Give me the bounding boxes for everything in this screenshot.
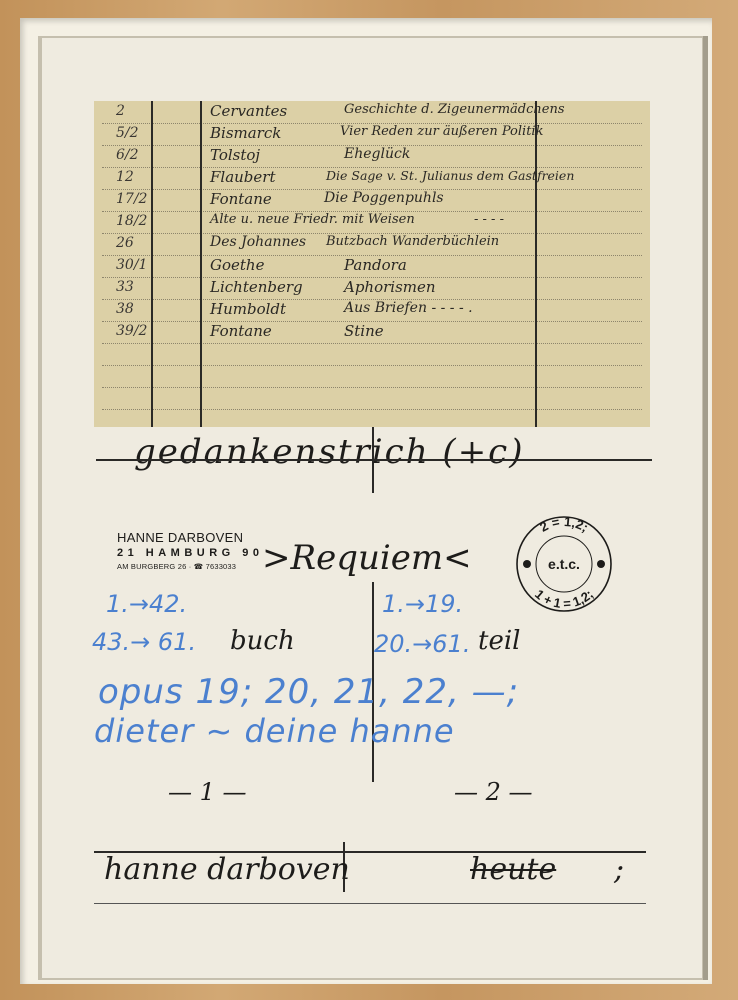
row-title: Butzbach Wanderbüchlein — [326, 234, 499, 249]
row-number: 38 — [116, 301, 134, 317]
teil-word: teil — [478, 626, 520, 656]
row-author: Lichtenberg — [210, 278, 303, 296]
svg-text:1 + 1 = 1,2;: 1 + 1 = 1,2; — [532, 586, 596, 611]
row-author: Fontane — [210, 190, 272, 208]
requiem-title: >Requiem< — [262, 538, 472, 578]
row-number: 39/2 — [116, 323, 147, 339]
letterhead-name: HANNE DARBOVEN — [117, 530, 264, 545]
row-title: Aphorismen — [344, 278, 436, 296]
svg-text:e.t.c.: e.t.c. — [548, 556, 580, 572]
range-20-61: 20.→61. — [374, 630, 470, 658]
card-rule — [102, 343, 642, 344]
row-author: Bismarck — [210, 124, 281, 142]
row-title: Pandora — [344, 256, 407, 274]
row-number: 2 — [116, 103, 125, 119]
row-number: 30/1 — [116, 257, 147, 273]
buch-word: buch — [230, 626, 295, 656]
gedankenstrich-text: gedankenstrich (+c) — [134, 432, 524, 472]
page-marker-1: — 1 — — [168, 778, 247, 806]
strikethrough-rule — [96, 459, 652, 461]
index-card: 2 5/2 6/2 12 17/2 18/2 26 30/1 33 38 39/… — [94, 101, 650, 427]
signature-bottom-rule — [94, 903, 646, 904]
row-author: Des Johannes — [210, 234, 306, 250]
range-1-19: 1.→19. — [382, 590, 463, 618]
letterhead-address: AM BURGBERG 26 · ☎ 7633033 — [117, 562, 264, 571]
row-number: 12 — [116, 169, 134, 185]
row-title: Vier Reden zur äußeren Politik — [340, 124, 543, 139]
row-author: Tolstoj — [210, 146, 260, 164]
card-rule — [102, 387, 642, 388]
letterhead-city: 21 HAMBURG 90 — [117, 547, 264, 559]
signature-text: hanne darboven — [104, 852, 350, 887]
paper-edge-shadow — [703, 36, 708, 980]
card-column-rule — [151, 101, 153, 427]
row-author: Humboldt — [210, 300, 286, 318]
row-author: Goethe — [210, 256, 264, 274]
dedication-line: dieter ~ deine hanne — [94, 712, 455, 750]
signature-semicolon: ; — [614, 852, 624, 887]
opus-line: opus 19; 20, 21, 22, —; — [98, 672, 519, 712]
row-author: Fontane — [210, 322, 272, 340]
row-title: Die Sage v. St. Julianus dem Gastfreien — [326, 168, 574, 183]
row-number: 18/2 — [116, 213, 147, 229]
row-title: Geschichte d. Zigeunermädchens — [344, 102, 565, 117]
struck-word-heute: heute — [470, 852, 556, 887]
row-number: 5/2 — [116, 125, 139, 141]
row-title: Die Poggenpuhls — [324, 190, 444, 206]
card-column-rule — [535, 101, 537, 427]
row-title: Eheglück — [344, 146, 410, 162]
row-number: 6/2 — [116, 147, 139, 163]
card-rule — [102, 365, 642, 366]
row-title: - - - - — [474, 212, 504, 227]
card-rule — [102, 409, 642, 410]
range-43-61: 43.→ 61. — [92, 628, 196, 656]
row-author: Alte u. neue Friedr. mit Weisen — [210, 212, 415, 227]
card-column-rule — [200, 101, 202, 427]
row-author: Cervantes — [210, 102, 287, 120]
row-number: 33 — [116, 279, 134, 295]
etc-stamp: 2 = 1,2; e.t.c. 1 + 1 = 1,2; — [508, 512, 618, 612]
row-number: 17/2 — [116, 191, 147, 207]
range-1-42: 1.→42. — [106, 590, 187, 618]
letterhead: HANNE DARBOVEN 21 HAMBURG 90 AM BURGBERG… — [117, 530, 264, 571]
row-title: Stine — [344, 322, 384, 340]
row-title: Aus Briefen - - - - . — [344, 300, 473, 316]
row-author: Flaubert — [210, 168, 276, 186]
page-marker-2: — 2 — — [454, 778, 533, 806]
row-number: 26 — [116, 235, 134, 251]
